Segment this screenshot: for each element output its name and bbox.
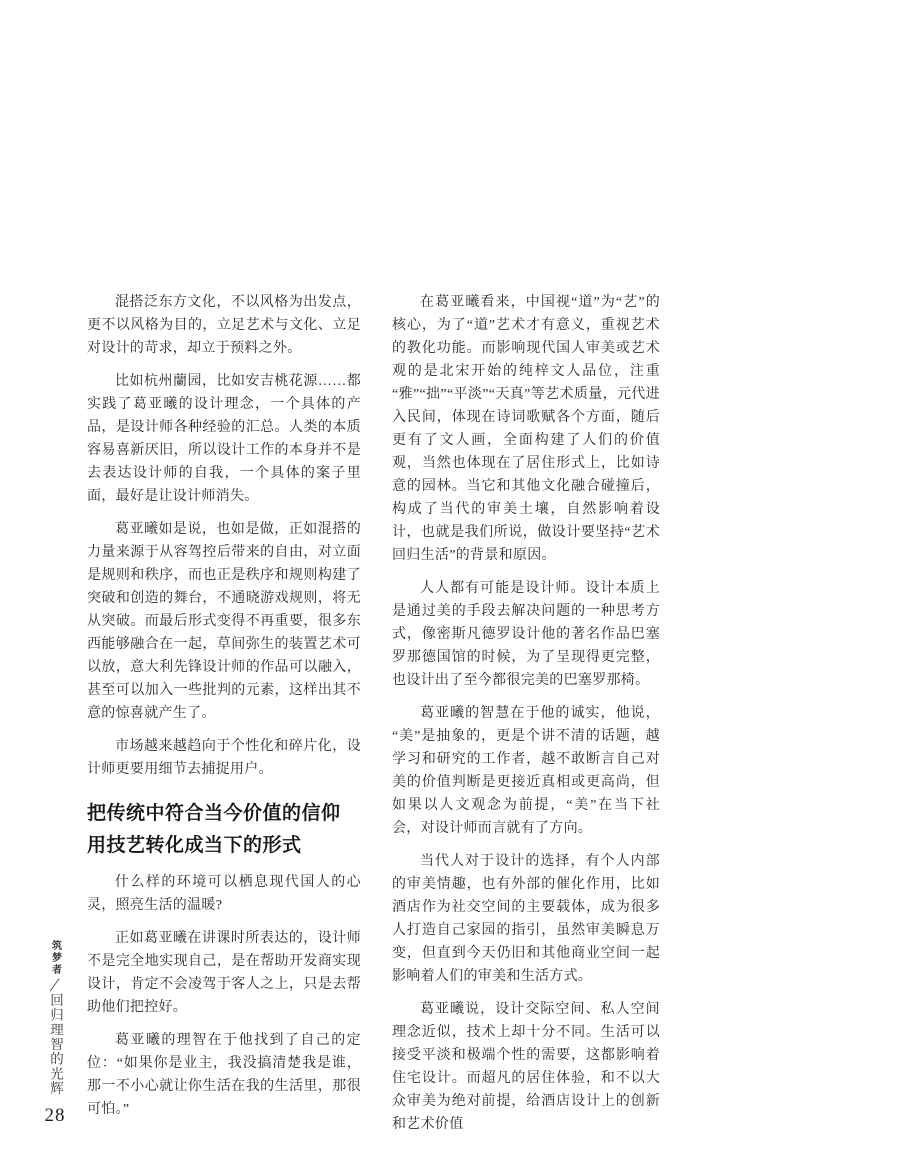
section-heading-line1: 把传统中符合当今价值的信仰 (87, 798, 361, 830)
paragraph: 比如杭州蘭园，比如安吉桃花源……都实践了葛亚曦的设计理念，一个具体的产品，是设计… (87, 370, 361, 508)
sidebar: 筑梦者 ╱ 回归理智的光辉 28 (42, 940, 68, 1127)
slash-divider-icon: ╱ (50, 978, 59, 993)
paragraph: 葛亚曦如是说，也如是做，正如混搭的力量来源于从容驾控后带来的自由，对立面是规则和… (87, 518, 361, 725)
section-heading: 把传统中符合当今价值的信仰 用技艺转化成当下的形式 (87, 798, 361, 862)
right-column: 在葛亚曦看来，中国视“道”为“艺”的核心，为了“道”艺术才有意义，重视艺术的教化… (392, 291, 660, 1146)
article-title-vertical: 回归理智的光辉 (45, 993, 65, 1096)
paragraph: 混搭泛东方文化，不以风格为出发点，更不以风格为目的，立足艺术与文化、立足对设计的… (87, 291, 361, 360)
paragraph: 什么样的环境可以栖息现代国人的心灵，照亮生活的温暖? (87, 871, 361, 917)
paragraph: 在葛亚曦看来，中国视“道”为“艺”的核心，为了“道”艺术才有意义，重视艺术的教化… (392, 291, 660, 567)
paragraph: 正如葛亚曦在讲课时所表达的，设计师不是完全地实现自己，是在帮助开发商实现设计，肯… (87, 927, 361, 1019)
left-column: 混搭泛东方文化，不以风格为出发点，更不以风格为目的，立足艺术与文化、立足对设计的… (87, 291, 361, 1131)
section-heading-line2: 用技艺转化成当下的形式 (87, 830, 361, 862)
paragraph: 人人都有可能是设计师。设计本质上是通过美的手段去解决问题的一种思考方式，像密斯凡… (392, 577, 660, 692)
paragraph: 葛亚曦的理智在于他找到了自己的定位：“如果你是业主，我没搞清楚我是谁，那一不小心… (87, 1029, 361, 1121)
paragraph: 葛亚曦说，设计交际空间、私人空间理念近似，技术上却十分不同。生活可以接受平淡和极… (392, 998, 660, 1136)
paragraph: 葛亚曦的智慧在于他的诚实，他说，“美”是抽象的，更是个讲不清的话题，越学习和研究… (392, 702, 660, 840)
series-label: 筑梦者 (48, 940, 63, 976)
paragraph: 市场越来越趋向于个性化和碎片化，设计师更要用细节去捕捉用户。 (87, 735, 361, 781)
magazine-page: 筑梦者 ╱ 回归理智的光辉 28 混搭泛东方文化，不以风格为出发点，更不以风格为… (0, 0, 899, 1150)
paragraph: 当代人对于设计的选择，有个人内部的审美情趣，也有外部的催化作用，比如酒店作为社交… (392, 850, 660, 988)
page-number: 28 (45, 1105, 66, 1127)
